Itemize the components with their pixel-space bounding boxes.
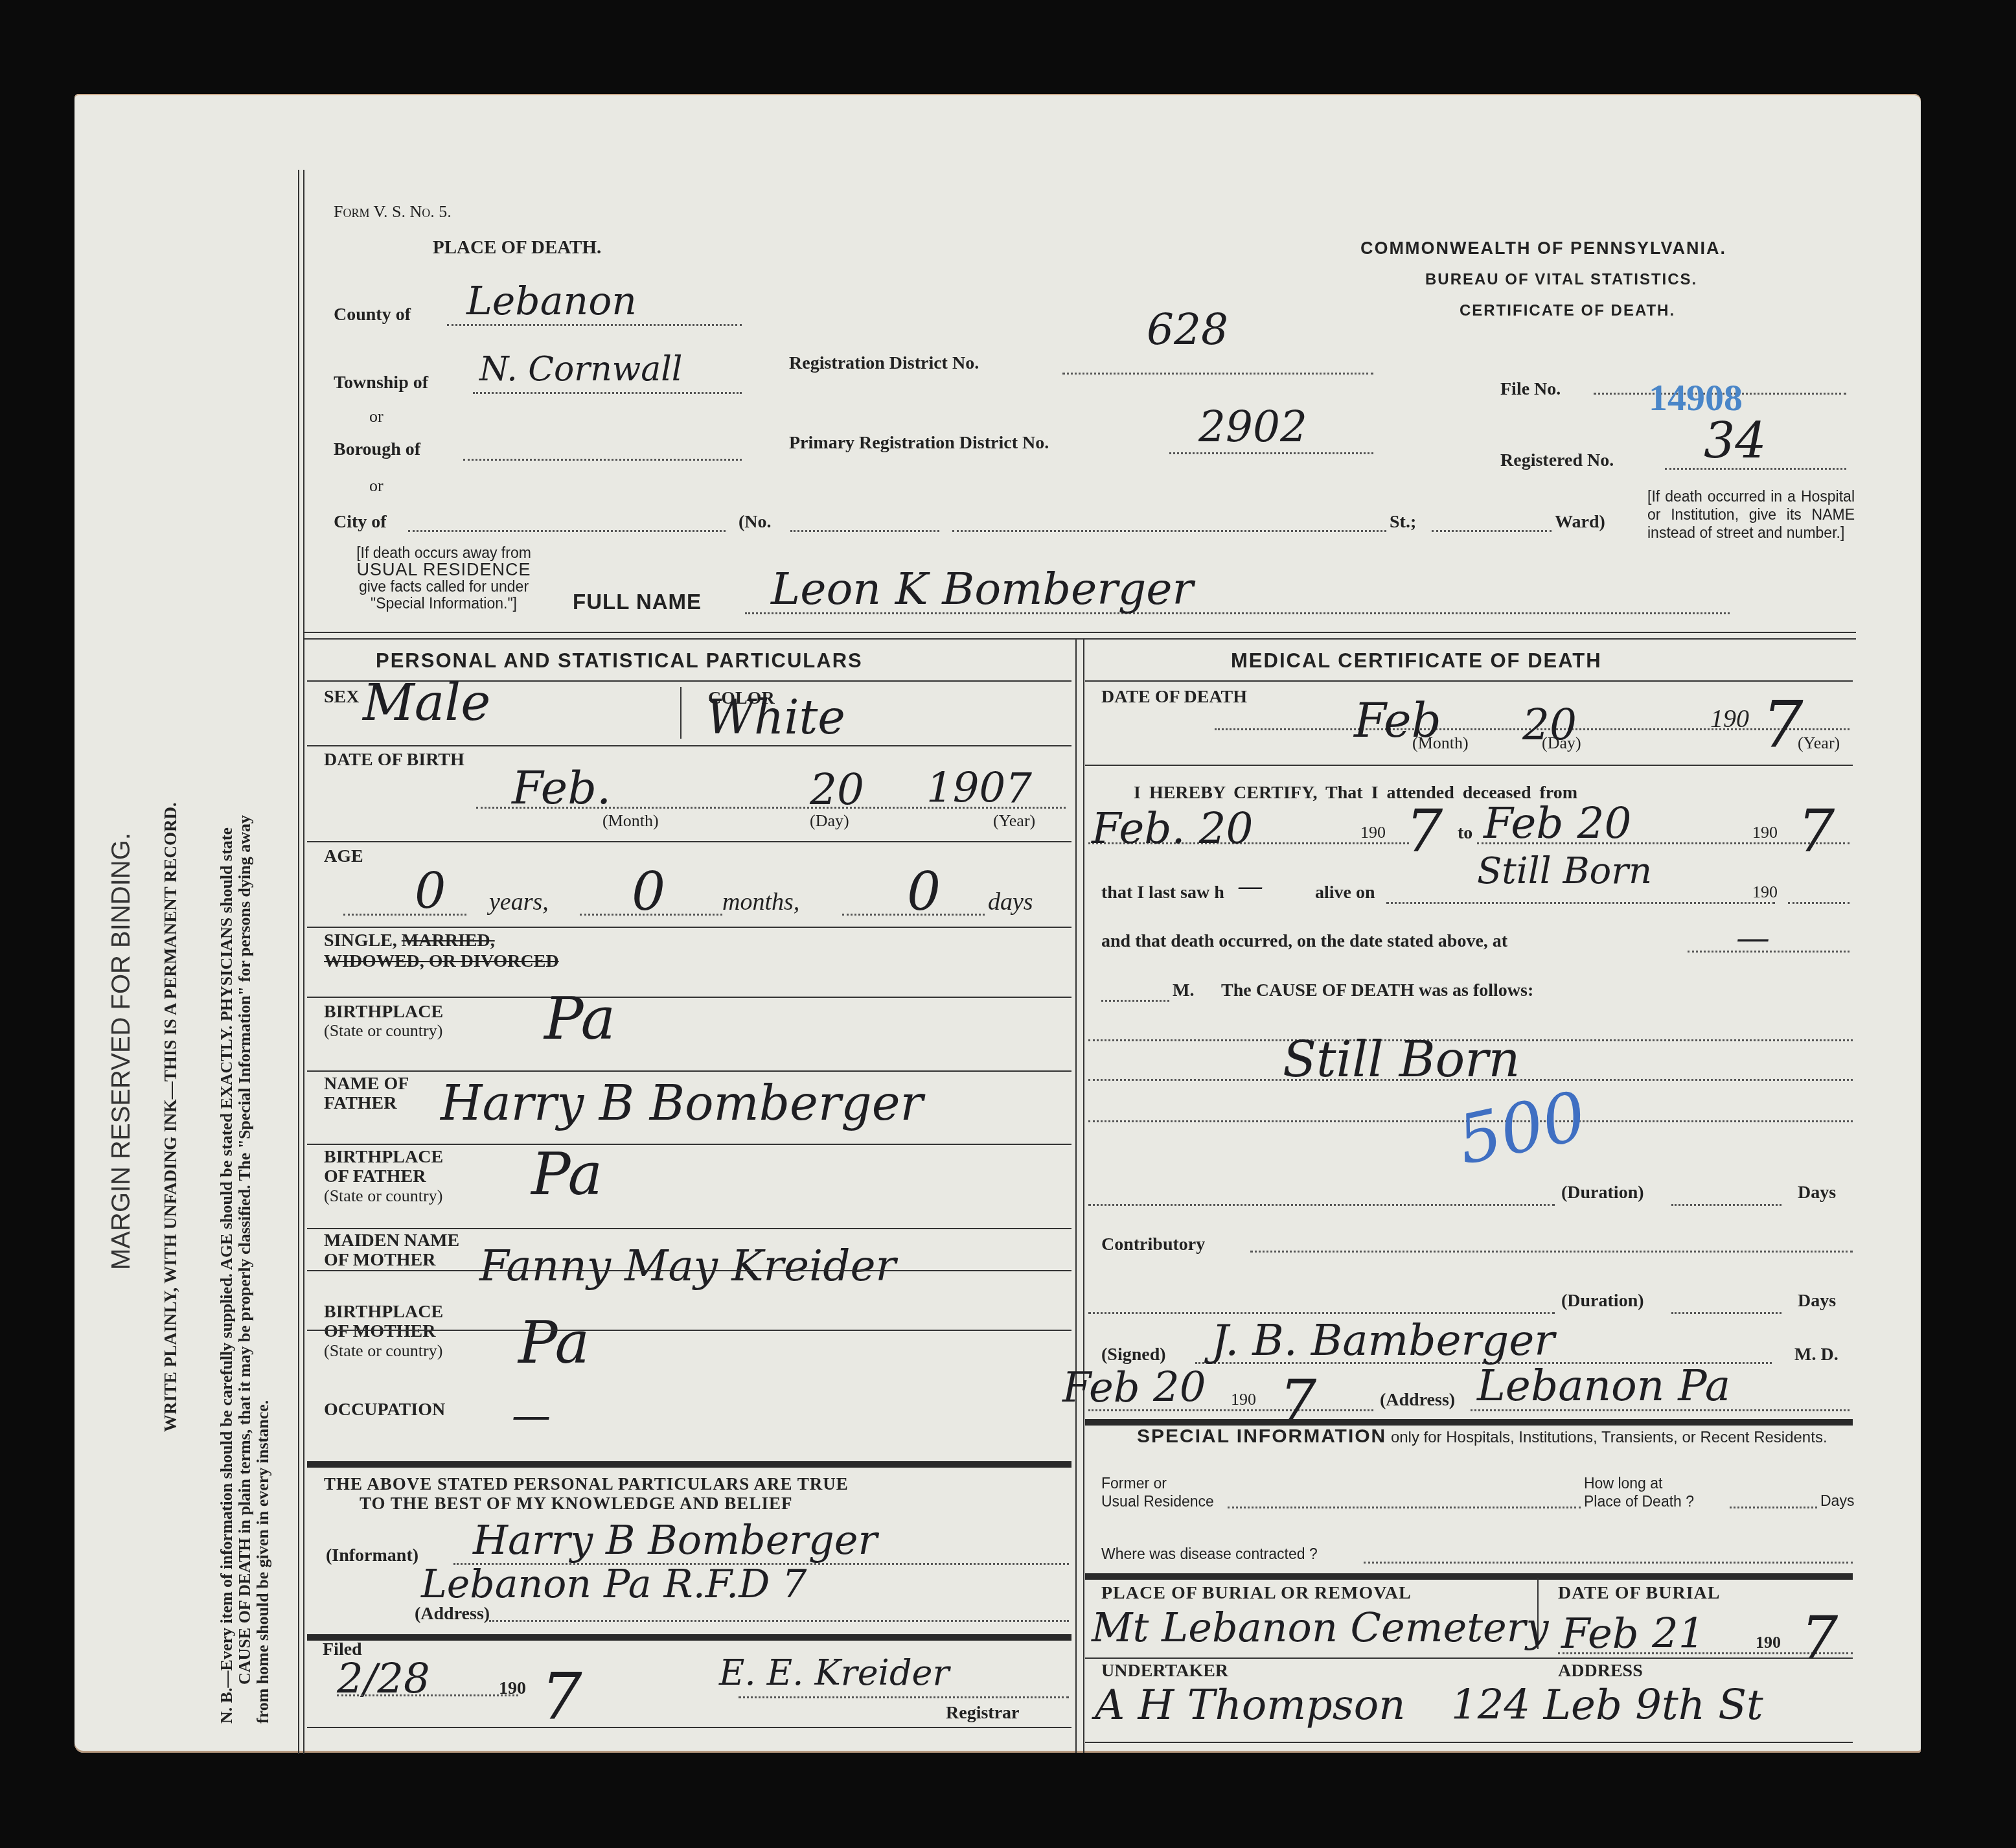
birthplace-row-rule [307, 1070, 1071, 1072]
former-residence-label: Former or Usual Residence [1101, 1474, 1214, 1510]
dob-day-value[interactable]: 20 [810, 765, 864, 814]
birthplace-value[interactable]: Pa [544, 985, 615, 1053]
residence-note-line-4: "Special Information."] [330, 595, 557, 612]
meridian-m: M. [1173, 980, 1194, 1001]
father-bp-line-2: OF FATHER [324, 1167, 443, 1186]
informant-value[interactable]: Harry B Bomberger [473, 1516, 877, 1564]
mother-label-line-1: MAIDEN NAME [324, 1231, 459, 1251]
informant-address-label: (Address) [415, 1604, 490, 1624]
informant-address-value[interactable]: Lebanon Pa R.F.D 7 [421, 1562, 807, 1607]
how-long-label: How long at Place of Death ? [1584, 1474, 1694, 1510]
dob-year-value[interactable]: 1907 [926, 765, 1032, 813]
filed-year-suffix[interactable]: 7 [541, 1659, 582, 1735]
duration-2-label: (Duration) [1561, 1291, 1644, 1311]
how-long-days-line[interactable] [1730, 1507, 1817, 1508]
birthplace-label: BIRTHPLACE [324, 1002, 443, 1022]
special-info-subtitle: only for Hospitals, Institutions, Transi… [1391, 1429, 1827, 1446]
sex-label: SEX [324, 687, 359, 708]
primary-reg-field-line [1169, 452, 1373, 454]
margin-reserved-text: MARGIN RESERVED FOR BINDING. [107, 833, 136, 1270]
age-years-label: years, [489, 888, 549, 916]
township-label: Township of [334, 373, 428, 393]
special-info-title: SPECIAL INFORMATION [1101, 1426, 1386, 1447]
age-row-rule [307, 927, 1071, 928]
age-days-label: days [988, 888, 1033, 916]
duration-1-label: (Duration) [1561, 1183, 1644, 1203]
physician-address-label: (Address) [1380, 1390, 1455, 1411]
color-value[interactable]: White [706, 690, 845, 745]
burial-year-prefix: 190 [1756, 1633, 1781, 1652]
from-year-prefix: 190 [1360, 823, 1386, 842]
father-bp-row-rule [307, 1228, 1071, 1229]
center-divider-2 [1083, 638, 1084, 1753]
burial-row-rule [1085, 1657, 1853, 1659]
form-number: Form V. S. No. 5. [334, 202, 452, 222]
burial-top-rule [1085, 1573, 1853, 1580]
burial-date-value[interactable]: Feb 21 [1561, 1610, 1705, 1658]
father-birthplace-label: BIRTHPLACE OF FATHER (State or country) [324, 1148, 443, 1206]
reg-district-label: Registration District No. [789, 353, 979, 374]
street-no-field-line[interactable] [790, 530, 939, 532]
burial-year-suffix[interactable]: 7 [1801, 1604, 1838, 1672]
burial-date-label: DATE OF BURIAL [1558, 1583, 1720, 1604]
county-field-line [447, 324, 742, 326]
to-year-suffix[interactable]: 7 [1798, 797, 1835, 865]
mother-name-value[interactable]: Fanny May Kreider [479, 1241, 896, 1291]
full-name-label: FULL NAME [573, 590, 702, 614]
alive-on-value[interactable]: Still Born [1477, 850, 1652, 892]
duration-2-line [1088, 1312, 1555, 1314]
marital-status-label: SINGLE, MARRIED, WIDOWED, OR DIVORCED [324, 930, 559, 972]
attended-to-value[interactable]: Feb 20 [1483, 798, 1631, 848]
duration-2-days-line [1671, 1312, 1781, 1314]
alive-on-text: alive on [1315, 883, 1375, 903]
cause-line-2 [1088, 1079, 1853, 1081]
ward-label: Ward) [1555, 512, 1605, 533]
alive-year-line [1788, 902, 1850, 904]
nb-note-line-3: from home should be given in every insta… [253, 1400, 273, 1724]
contributory-line[interactable] [1250, 1251, 1853, 1253]
alive-year-prefix: 190 [1752, 883, 1778, 902]
personal-section-title: PERSONAL AND STATISTICAL PARTICULARS [376, 649, 863, 673]
undertaker-address-value[interactable]: 124 Leb 9th St [1451, 1681, 1763, 1729]
reg-district-field-line [1062, 373, 1373, 375]
marital-row-rule [307, 997, 1071, 998]
street-no-label: (No. [739, 512, 772, 533]
nb-note-line-1: N. B.—Every item of information should b… [217, 827, 236, 1724]
dob-month-caption: (Month) [602, 811, 659, 831]
dob-label: DATE OF BIRTH [324, 750, 464, 770]
dob-day-caption: (Day) [810, 811, 849, 831]
to-label: to [1458, 823, 1472, 844]
or-text-2: or [369, 476, 384, 496]
street-label: St.; [1390, 512, 1416, 533]
age-months-label: months, [722, 888, 799, 916]
age-days-value[interactable]: 0 [907, 862, 941, 923]
alive-on-line [1386, 902, 1775, 904]
father-label-line-1: NAME OF [324, 1074, 409, 1094]
where-contracted-label: Where was disease contracted ? [1101, 1545, 1318, 1563]
contributory-label: Contributory [1101, 1234, 1205, 1255]
father-bp-sub-label: (State or country) [324, 1186, 443, 1206]
sex-value[interactable]: Male [363, 674, 490, 732]
special-info-heading: SPECIAL INFORMATION only for Hospitals, … [1101, 1427, 1853, 1447]
marital-married-struck: MARRIED, [402, 930, 495, 951]
father-birthplace-value[interactable]: Pa [531, 1140, 602, 1208]
how-long-line-1: How long at [1584, 1474, 1694, 1492]
dob-year-caption: (Year) [993, 811, 1035, 831]
md-label: M. D. [1794, 1345, 1838, 1365]
dod-month-caption: (Month) [1412, 733, 1469, 753]
filed-date-line [337, 1694, 518, 1696]
full-name-value[interactable]: Leon K Bomberger [771, 564, 1193, 615]
primary-reg-label: Primary Registration District No. [789, 433, 1049, 454]
dod-year-prefix: 190 [1710, 703, 1749, 733]
duration-1-days-line [1671, 1204, 1781, 1206]
residence-note-line-2: USUAL RESIDENCE [330, 561, 557, 578]
hospital-note: [If death occurred in a Hospital or Inst… [1647, 487, 1855, 542]
signed-label: (Signed) [1101, 1345, 1166, 1365]
father-bp-line-1: BIRTHPLACE [324, 1148, 443, 1167]
bureau-heading: BUREAU OF VITAL STATISTICS. [1425, 271, 1697, 289]
mother-label-line-2: OF MOTHER [324, 1251, 459, 1270]
mother-bp-line-1: BIRTHPLACE [324, 1302, 443, 1322]
dob-month-value[interactable]: Feb. [512, 761, 611, 814]
street-name-field-line[interactable] [952, 530, 1386, 532]
place-of-death-heading: PLACE OF DEATH. [433, 237, 601, 259]
death-time-value[interactable]: — [1736, 919, 1770, 958]
commonwealth-heading: COMMONWEALTH OF PENNSYLVANIA. [1360, 238, 1726, 259]
father-name-value[interactable]: Harry B Bomberger [441, 1076, 923, 1131]
father-label-line-2: FATHER [324, 1094, 409, 1113]
how-long-days-label: Days [1820, 1492, 1854, 1510]
borough-field-line[interactable] [463, 459, 742, 461]
registrar-signature[interactable]: E. E. Kreider [719, 1652, 949, 1693]
write-plainly-notice: WRITE PLAINLY, WITH UNFADING INK—THIS IS… [161, 802, 181, 1432]
duration-2-days-label: Days [1798, 1291, 1836, 1311]
mother-bp-line-2: OF MOTHER [324, 1322, 443, 1341]
medical-section-title: MEDICAL CERTIFICATE OF DEATH [1231, 649, 1602, 673]
age-years-value[interactable]: 0 [415, 862, 446, 919]
duration-1-days-label: Days [1798, 1183, 1836, 1203]
or-text-1: or [369, 407, 384, 426]
township-value[interactable]: N. Cornwall [479, 350, 682, 389]
header-divider-2 [304, 638, 1856, 640]
mother-name-label: MAIDEN NAME OF MOTHER [324, 1231, 459, 1270]
mother-row-rule [307, 1270, 1071, 1271]
dod-label: DATE OF DEATH [1101, 687, 1247, 708]
special-info-top-rule [1085, 1419, 1853, 1426]
reg-district-value[interactable]: 628 [1147, 305, 1228, 354]
undertaker-bottom-rule [1085, 1742, 1853, 1743]
informant-address-line [489, 1620, 1069, 1622]
medical-title-rule [1085, 680, 1853, 682]
burial-place-label: PLACE OF BURIAL OR REMOVAL [1101, 1583, 1412, 1604]
usual-residence-note: [If death occurs away from USUAL RESIDEN… [330, 544, 557, 612]
cause-heading: The CAUSE OF DEATH was as follows: [1221, 980, 1533, 1001]
nb-note-line-2: CAUSE OF DEATH in plain terms, that it m… [235, 815, 255, 1685]
informant-label: (Informant) [326, 1545, 418, 1566]
registrar-label: Registrar [946, 1703, 1020, 1724]
undertaker-label: UNDERTAKER [1101, 1661, 1228, 1681]
from-year-suffix[interactable]: 7 [1406, 797, 1443, 865]
township-field-line [473, 392, 742, 394]
header-divider-1 [304, 632, 1856, 633]
occupation-value[interactable]: — [512, 1393, 551, 1438]
age-years-line [343, 914, 466, 916]
county-value[interactable]: Lebanon [466, 279, 637, 324]
former-label-line-2: Usual Residence [1101, 1492, 1214, 1510]
sex-color-divider [680, 687, 682, 739]
physician-signature[interactable]: J. B. Bamberger [1211, 1315, 1555, 1365]
sex-row-rule [307, 745, 1071, 746]
father-name-label: NAME OF FATHER [324, 1074, 409, 1113]
marital-widowed-divorced-struck: WIDOWED, OR DIVORCED [324, 951, 559, 972]
mother-bp-row-rule [307, 1330, 1071, 1331]
registered-no-value[interactable]: 34 [1704, 411, 1767, 469]
filed-top-rule [307, 1634, 1071, 1641]
county-label: County of [334, 305, 411, 325]
physician-address-value[interactable]: Lebanon Pa [1477, 1361, 1730, 1411]
ward-field-line[interactable] [1432, 530, 1552, 532]
undertaker-address-label: ADDRESS [1558, 1661, 1643, 1681]
former-label-line-1: Former or [1101, 1474, 1214, 1492]
city-label: City of [334, 512, 387, 533]
mother-bp-sub-label: (State or country) [324, 1341, 443, 1361]
margin-rule-2 [303, 170, 304, 1754]
age-label: AGE [324, 846, 363, 867]
residence-note-line-3: give facts called for under [330, 578, 557, 595]
attestation-line-1: THE ABOVE STATED PERSONAL PARTICULARS AR… [324, 1474, 849, 1494]
dod-day-caption: (Day) [1542, 733, 1581, 753]
signed-date-value[interactable]: Feb 20 [1062, 1364, 1206, 1412]
last-saw-pronoun-dash[interactable]: — [1237, 872, 1263, 901]
last-saw-text: that I last saw h [1101, 883, 1224, 903]
where-contracted-line[interactable] [1364, 1562, 1853, 1564]
dod-row-rule [1085, 765, 1853, 766]
age-months-value[interactable]: 0 [632, 862, 665, 923]
borough-label: Borough of [334, 439, 420, 460]
signed-year-prefix: 190 [1231, 1390, 1256, 1409]
attended-from-value[interactable]: Feb. 20 [1092, 803, 1253, 853]
dod-year-caption: (Year) [1798, 733, 1840, 753]
attestation-top-rule [307, 1461, 1071, 1468]
attestation-line-2: TO THE BEST OF MY KNOWLEDGE AND BELIEF [324, 1494, 849, 1513]
how-long-line-2: Place of Death ? [1584, 1492, 1694, 1510]
occupation-label: OCCUPATION [324, 1400, 445, 1420]
to-year-prefix: 190 [1752, 823, 1778, 842]
registered-no-label: Registered No. [1500, 450, 1614, 471]
mother-birthplace-label: BIRTHPLACE OF MOTHER (State or country) [324, 1302, 443, 1361]
father-row-rule [307, 1144, 1071, 1145]
duration-1-line [1088, 1204, 1555, 1206]
attestation-text: THE ABOVE STATED PERSONAL PARTICULARS AR… [324, 1474, 849, 1513]
filed-year-prefix: 190 [499, 1678, 526, 1699]
center-divider [1075, 638, 1077, 1753]
file-no-label: File No. [1500, 379, 1561, 400]
former-residence-line[interactable] [1228, 1507, 1581, 1508]
marital-single: SINGLE, [324, 930, 397, 951]
city-field-line[interactable] [408, 530, 726, 532]
death-occurred-text: and that death occurred, on the date sta… [1101, 931, 1507, 952]
margin-rule-1 [298, 170, 299, 1754]
dob-row-rule [307, 841, 1071, 842]
filed-bottom-rule [307, 1727, 1071, 1728]
residence-note-line-1: [If death occurs away from [330, 544, 557, 561]
certificate-heading: CERTIFICATE OF DEATH. [1460, 302, 1675, 320]
undertaker-value[interactable]: A H Thompson [1095, 1681, 1405, 1729]
meridian-line [1101, 1000, 1169, 1002]
burial-place-value[interactable]: Mt Lebanon Cemetery [1092, 1604, 1548, 1651]
mother-birthplace-value[interactable]: Pa [518, 1309, 590, 1377]
registrar-line [739, 1696, 1069, 1698]
birthplace-sub-label: (State or country) [324, 1021, 442, 1041]
primary-reg-value[interactable]: 2902 [1198, 402, 1307, 452]
